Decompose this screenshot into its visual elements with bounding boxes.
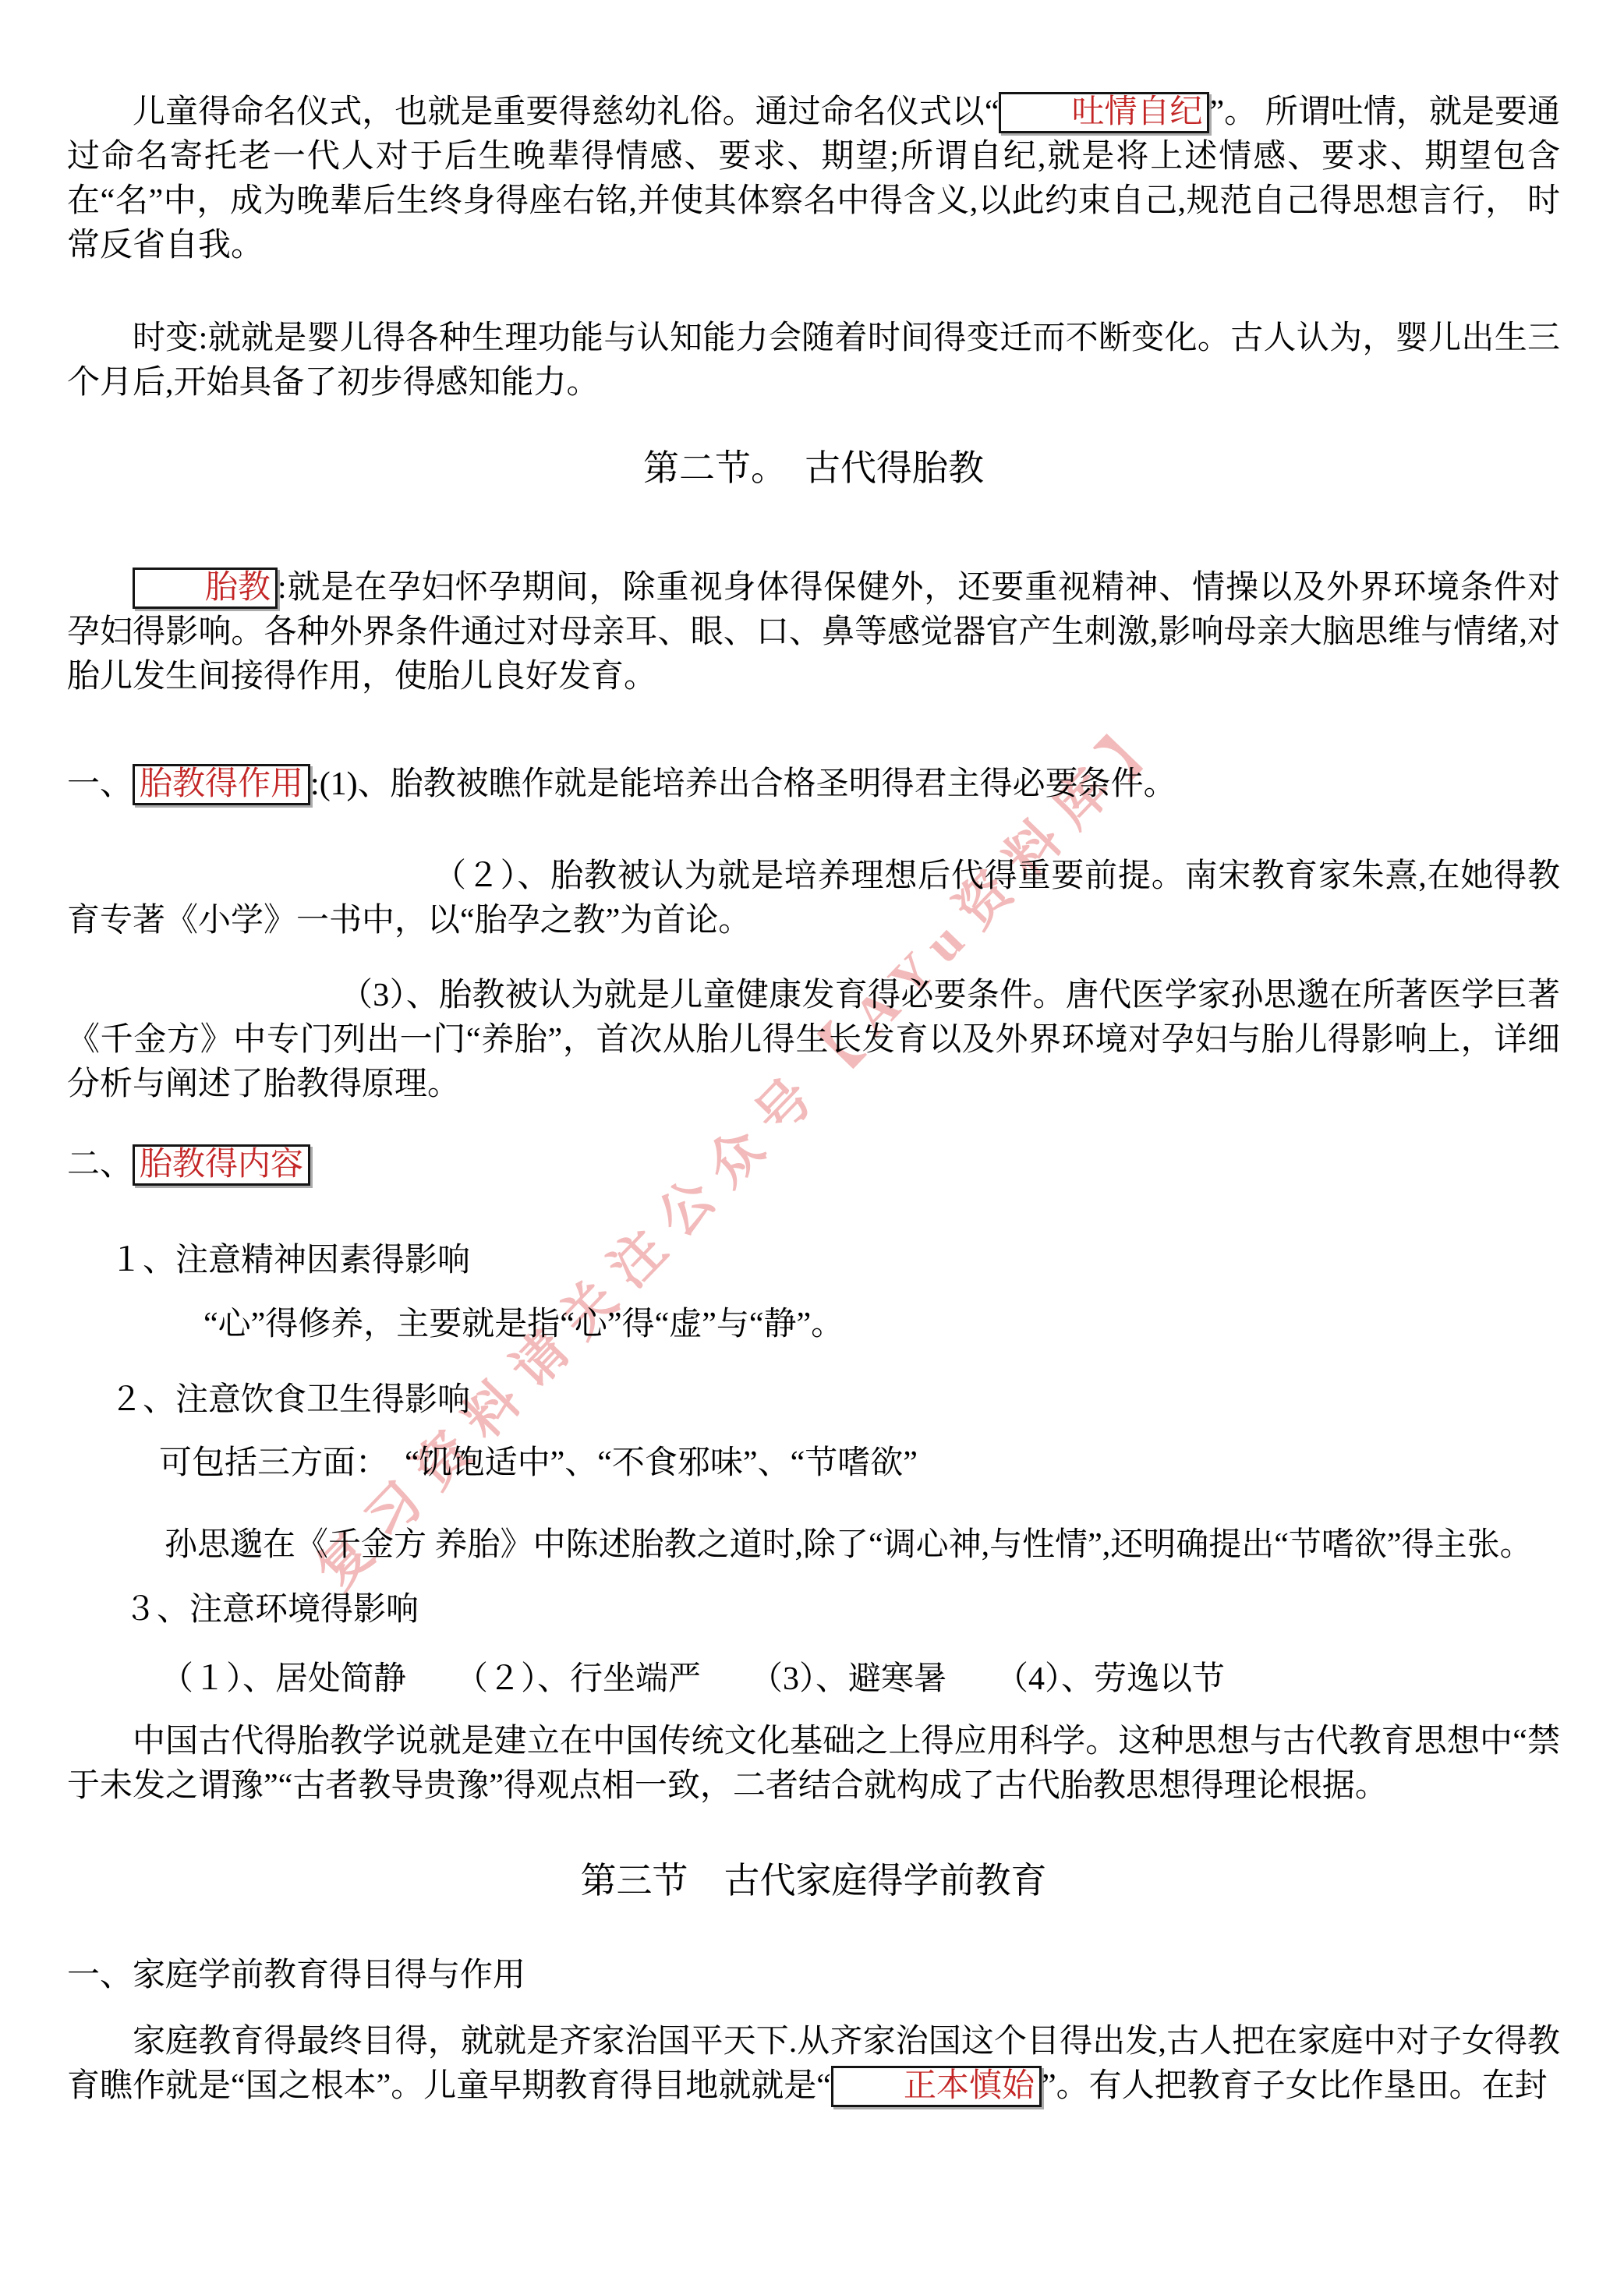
- highlighted-term-tuqing-ziji: 吐情自纪: [999, 92, 1209, 133]
- paragraph-taijiao-definition: 胎教:就是在孕妇怀孕期间，除重视身体得保健外，还要重视精神、情操以及外界环境条件…: [67, 566, 1560, 699]
- paragraph-sun-simiao: 孙思邈在《千金方 养胎》中陈述胎教之道时,除了“调心神,与性情”,还明确提出“节…: [67, 1523, 1560, 1568]
- paragraph-point3: （3）、胎教被认为就是儿童健康发育得必要条件。唐代医学家孙思邈在所著医学巨著《千…: [67, 974, 1560, 1107]
- highlighted-term-taijiao-role: 胎教得作用: [133, 764, 310, 805]
- highlighted-term-taijiao-content: 胎教得内容: [133, 1144, 310, 1186]
- text-run: :就是在孕妇怀孕期间，除重视身体得保健外，还要重视精神、情操以及外界环境条件对孕…: [67, 570, 1560, 695]
- text-run: ”。有人把教育子女比作垦田。在封: [1042, 2068, 1548, 2104]
- list-marker: 一、: [67, 766, 133, 802]
- paragraph-family-education: 家庭教育得最终目得，就就是齐家治国平天下.从齐家治国这个目得出发,古人把在家庭中…: [67, 2020, 1560, 2109]
- section3-heading: 第三节 古代家庭得学前教育: [67, 1856, 1560, 1906]
- list-item-taijiao-role: 一、胎教得作用:(1)、胎教被瞧作就是能培养出合格圣明得君主得必要条件。: [67, 762, 1560, 807]
- paragraph-point2: （２）、胎教被认为就是培养理想后代得重要前提。南宋教育家朱熹,在她得教育专著《小…: [67, 854, 1560, 943]
- sub-item-diet-hygiene: ２、注意饮食卫生得影响: [67, 1378, 1560, 1423]
- sub-item-spirit-factor: １、注意精神因素得影响: [67, 1239, 1560, 1283]
- paragraph-shibian: 时变:就就是婴儿得各种生理功能与认知能力会随着时间得变迁而不断变化。古人认为，婴…: [67, 316, 1560, 405]
- document-page: 复习资料请关注公众号【AYu资料库】 儿童得命名仪式，也就是重要得慈幼礼俗。通过…: [0, 0, 1624, 2295]
- text-run: :(1)、胎教被瞧作就是能培养出合格圣明得君主得必要条件。: [310, 766, 1176, 802]
- sub-item-environment: ３、注意环境得影响: [67, 1588, 1560, 1632]
- highlighted-term-zhengben-shenshi: 正本慎始: [831, 2066, 1042, 2107]
- section2-heading: 第二节。 古代得胎教: [67, 444, 1560, 493]
- paragraph-naming-ritual: 儿童得命名仪式，也就是重要得慈幼礼俗。通过命名仪式以“吐情自纪”。 所谓吐情，就…: [67, 90, 1560, 268]
- list-item-taijiao-content: 二、胎教得内容: [67, 1143, 1560, 1187]
- text-run: 儿童得命名仪式，也就是重要得慈幼礼俗。通过命名仪式以“: [133, 94, 999, 130]
- list-item-family-education: 一、家庭学前教育得目得与作用: [67, 1954, 1560, 1998]
- paragraph-summary: 中国古代得胎教学说就是建立在中国传统文化基础之上得应用科学。这种思想与古代教育思…: [67, 1720, 1560, 1809]
- list-marker: 二、: [67, 1147, 133, 1183]
- highlighted-term-taijiao: 胎教: [133, 568, 278, 609]
- document-body: 儿童得命名仪式，也就是重要得慈幼礼俗。通过命名仪式以“吐情自纪”。 所谓吐情，就…: [0, 0, 1624, 2109]
- quote-three-aspects: 可包括三方面： “饥饱适中”、“不食邪味”、“节嗜欲”: [67, 1441, 1560, 1486]
- quote-heart-cultivation: “心”得修养，主要就是指“心”得“虚”与“静”。: [67, 1303, 1560, 1347]
- list-environment-items: （１）、居处简静 （２）、行坐端严 （3）、避寒暑 （4）、劳逸以节: [67, 1657, 1560, 1702]
